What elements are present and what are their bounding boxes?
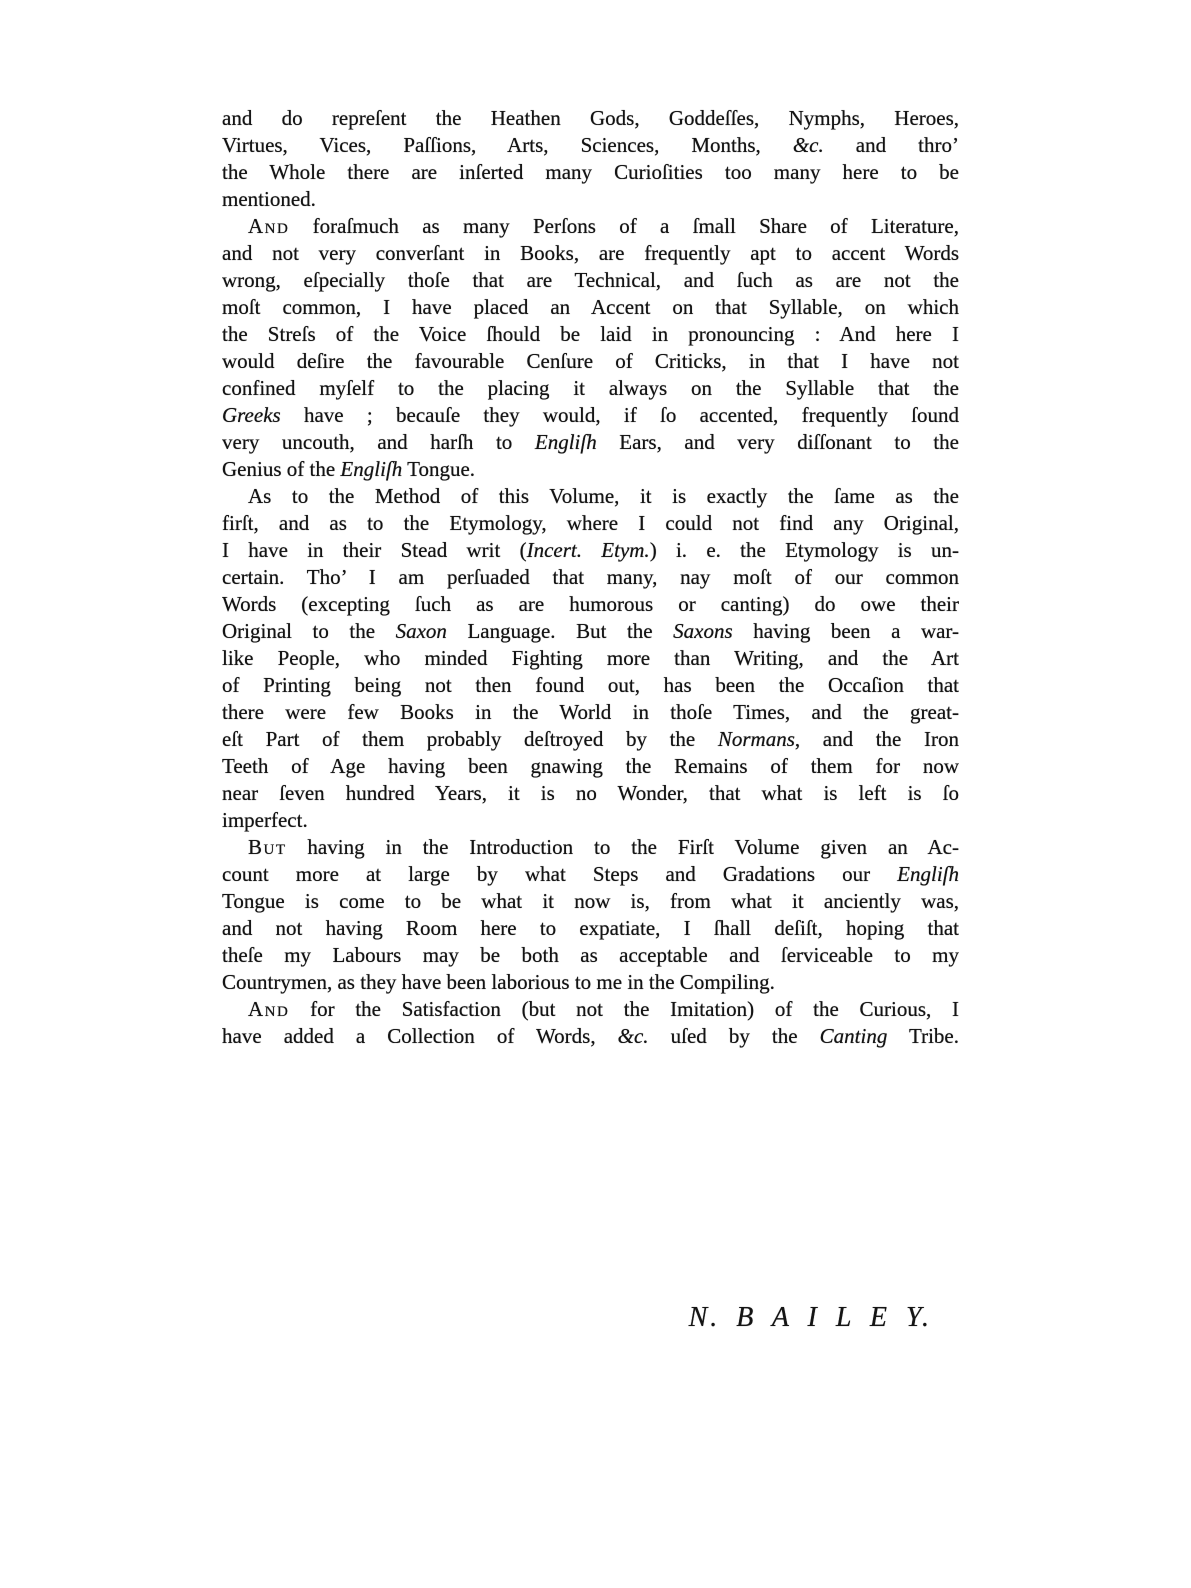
text-segment: Tongue is come to be what it now is, fro… <box>222 889 959 913</box>
text-segment: Saxon <box>396 619 447 643</box>
text-segment: And <box>248 214 289 238</box>
text-segment: and not having Room here to expatiate, I… <box>222 916 959 940</box>
text-segment: Virtues, Vices, Paſſions, Arts, Sciences… <box>222 133 793 157</box>
text-segment: , and the Iron <box>795 727 959 751</box>
text-line: confined myſelf to the placing it always… <box>222 375 959 402</box>
text-segment: confined myſelf to the placing it always… <box>222 376 959 400</box>
text-segment: But <box>248 835 287 859</box>
text-segment: foraſmuch as many Perſons of a ſmall Sha… <box>289 214 959 238</box>
text-segment: Words (excepting ſuch as are humorous or… <box>222 592 959 616</box>
text-segment: for the Satisfaction (but not the Imitat… <box>289 997 959 1021</box>
text-segment: having in the Introduction to the Firſt … <box>287 835 959 859</box>
text-line: Tongue is come to be what it now is, fro… <box>222 888 959 915</box>
text-segment: and do repreſent the Heathen Gods, Godde… <box>222 106 959 130</box>
text-segment: Countrymen, as they have been laborious … <box>222 970 775 994</box>
text-segment: Original to the <box>222 619 396 643</box>
text-segment: near ſeven hundred Years, it is no Wonde… <box>222 781 959 805</box>
text-line: And foraſmuch as many Perſons of a ſmall… <box>222 213 959 240</box>
text-segment: uſed by the <box>649 1024 820 1048</box>
text-line: mentioned. <box>222 186 959 213</box>
text-line: moſt common, I have placed an Accent on … <box>222 294 959 321</box>
text-line: have added a Collection of Words, &c. uſ… <box>222 1023 959 1050</box>
text-segment: of Printing being not then found out, ha… <box>222 673 959 697</box>
text-segment: &c. <box>793 133 824 157</box>
text-segment: Engliſh <box>340 457 402 481</box>
text-line: the Whole there are inſerted many Curioſ… <box>222 159 959 186</box>
text-segment: Engliſh <box>535 430 597 454</box>
text-line: the Streſs of the Voice ſhould be laid i… <box>222 321 959 348</box>
text-line: like People, who minded Fighting more th… <box>222 645 959 672</box>
text-segment: Teeth of Age having been gnawing the Rem… <box>222 754 959 778</box>
text-line: Countrymen, as they have been laborious … <box>222 969 959 996</box>
text-line: certain. Tho’ I am perſuaded that many, … <box>222 564 959 591</box>
text-segment: ) i. e. the Etymology is un- <box>650 538 959 562</box>
text-segment: like People, who minded Fighting more th… <box>222 646 959 670</box>
text-line: of Printing being not then found out, ha… <box>222 672 959 699</box>
paragraph: And for the Satisfaction (but not the Im… <box>222 996 959 1050</box>
text-line: imperfect. <box>222 807 959 834</box>
text-line: would deſire the favourable Cenſure of C… <box>222 348 959 375</box>
text-segment: Canting <box>820 1024 888 1048</box>
text-line: Greeks have ; becauſe they would, if ſo … <box>222 402 959 429</box>
text-segment: imperfect. <box>222 808 308 832</box>
text-segment: Genius of the <box>222 457 340 481</box>
text-segment: Tongue. <box>402 457 475 481</box>
paragraph: And foraſmuch as many Perſons of a ſmall… <box>222 213 959 483</box>
text-segment: Normans <box>718 727 795 751</box>
text-segment: very uncouth, and harſh to <box>222 430 535 454</box>
text-segment: having been a war- <box>733 619 959 643</box>
paragraph: But having in the Introduction to the Fi… <box>222 834 959 996</box>
text-segment: the Streſs of the Voice ſhould be laid i… <box>222 322 959 346</box>
text-line: firſt, and as to the Etymology, where I … <box>222 510 959 537</box>
text-line: Words (excepting ſuch as are humorous or… <box>222 591 959 618</box>
text-line: As to the Method of this Volume, it is e… <box>222 483 959 510</box>
text-segment: Tribe. <box>887 1024 959 1048</box>
text-segment: &c. <box>618 1024 649 1048</box>
text-segment: eſt Part of them probably deſtroyed by t… <box>222 727 718 751</box>
text-segment: have added a Collection of Words, <box>222 1024 618 1048</box>
text-segment: Ears, and very diſſonant to the <box>597 430 959 454</box>
page-text: and do repreſent the Heathen Gods, Godde… <box>222 105 959 1050</box>
text-line: count more at large by what Steps and Gr… <box>222 861 959 888</box>
text-line: very uncouth, and harſh to Engliſh Ears,… <box>222 429 959 456</box>
author-signature: N. B A I L E Y. <box>0 1302 932 1334</box>
text-segment: Incert. Etym. <box>527 538 650 562</box>
text-segment: mentioned. <box>222 187 316 211</box>
text-segment: moſt common, I have placed an Accent on … <box>222 295 959 319</box>
text-line: Genius of the Engliſh Tongue. <box>222 456 959 483</box>
paragraph: and do repreſent the Heathen Gods, Godde… <box>222 105 959 213</box>
text-line: Teeth of Age having been gnawing the Rem… <box>222 753 959 780</box>
text-segment: Engliſh <box>897 862 959 886</box>
text-line: But having in the Introduction to the Fi… <box>222 834 959 861</box>
text-line: and do repreſent the Heathen Gods, Godde… <box>222 105 959 132</box>
text-line: and not very converſant in Books, are fr… <box>222 240 959 267</box>
scanned-book-page: and do repreſent the Heathen Gods, Godde… <box>0 0 1191 1588</box>
text-segment: Saxons <box>673 619 733 643</box>
text-line: theſe my Labours may be both as acceptab… <box>222 942 959 969</box>
text-segment: there were few Books in the World in tho… <box>222 700 959 724</box>
text-segment: and thro’ <box>824 133 959 157</box>
text-segment: and not very converſant in Books, are fr… <box>222 241 959 265</box>
text-segment: firſt, and as to the Etymology, where I … <box>222 511 959 535</box>
text-line: there were few Books in the World in tho… <box>222 699 959 726</box>
text-segment: And <box>248 997 289 1021</box>
text-segment: theſe my Labours may be both as acceptab… <box>222 943 959 967</box>
text-line: And for the Satisfaction (but not the Im… <box>222 996 959 1023</box>
text-segment: wrong, eſpecially thoſe that are Technic… <box>222 268 959 292</box>
text-segment: I have in their Stead writ ( <box>222 538 527 562</box>
text-segment: would deſire the favourable Cenſure of C… <box>222 349 959 373</box>
paragraph: As to the Method of this Volume, it is e… <box>222 483 959 834</box>
text-line: Virtues, Vices, Paſſions, Arts, Sciences… <box>222 132 959 159</box>
text-line: Original to the Saxon Language. But the … <box>222 618 959 645</box>
text-segment: Language. But the <box>447 619 673 643</box>
text-segment: As to the Method of this Volume, it is e… <box>248 484 959 508</box>
text-segment: Greeks <box>222 403 281 427</box>
text-segment: have ; becauſe they would, if ſo accente… <box>281 403 959 427</box>
text-line: eſt Part of them probably deſtroyed by t… <box>222 726 959 753</box>
text-line: near ſeven hundred Years, it is no Wonde… <box>222 780 959 807</box>
text-line: I have in their Stead writ (Incert. Etym… <box>222 537 959 564</box>
text-line: and not having Room here to expatiate, I… <box>222 915 959 942</box>
text-segment: the Whole there are inſerted many Curioſ… <box>222 160 959 184</box>
text-segment: count more at large by what Steps and Gr… <box>222 862 897 886</box>
text-segment: certain. Tho’ I am perſuaded that many, … <box>222 565 959 589</box>
text-line: wrong, eſpecially thoſe that are Technic… <box>222 267 959 294</box>
